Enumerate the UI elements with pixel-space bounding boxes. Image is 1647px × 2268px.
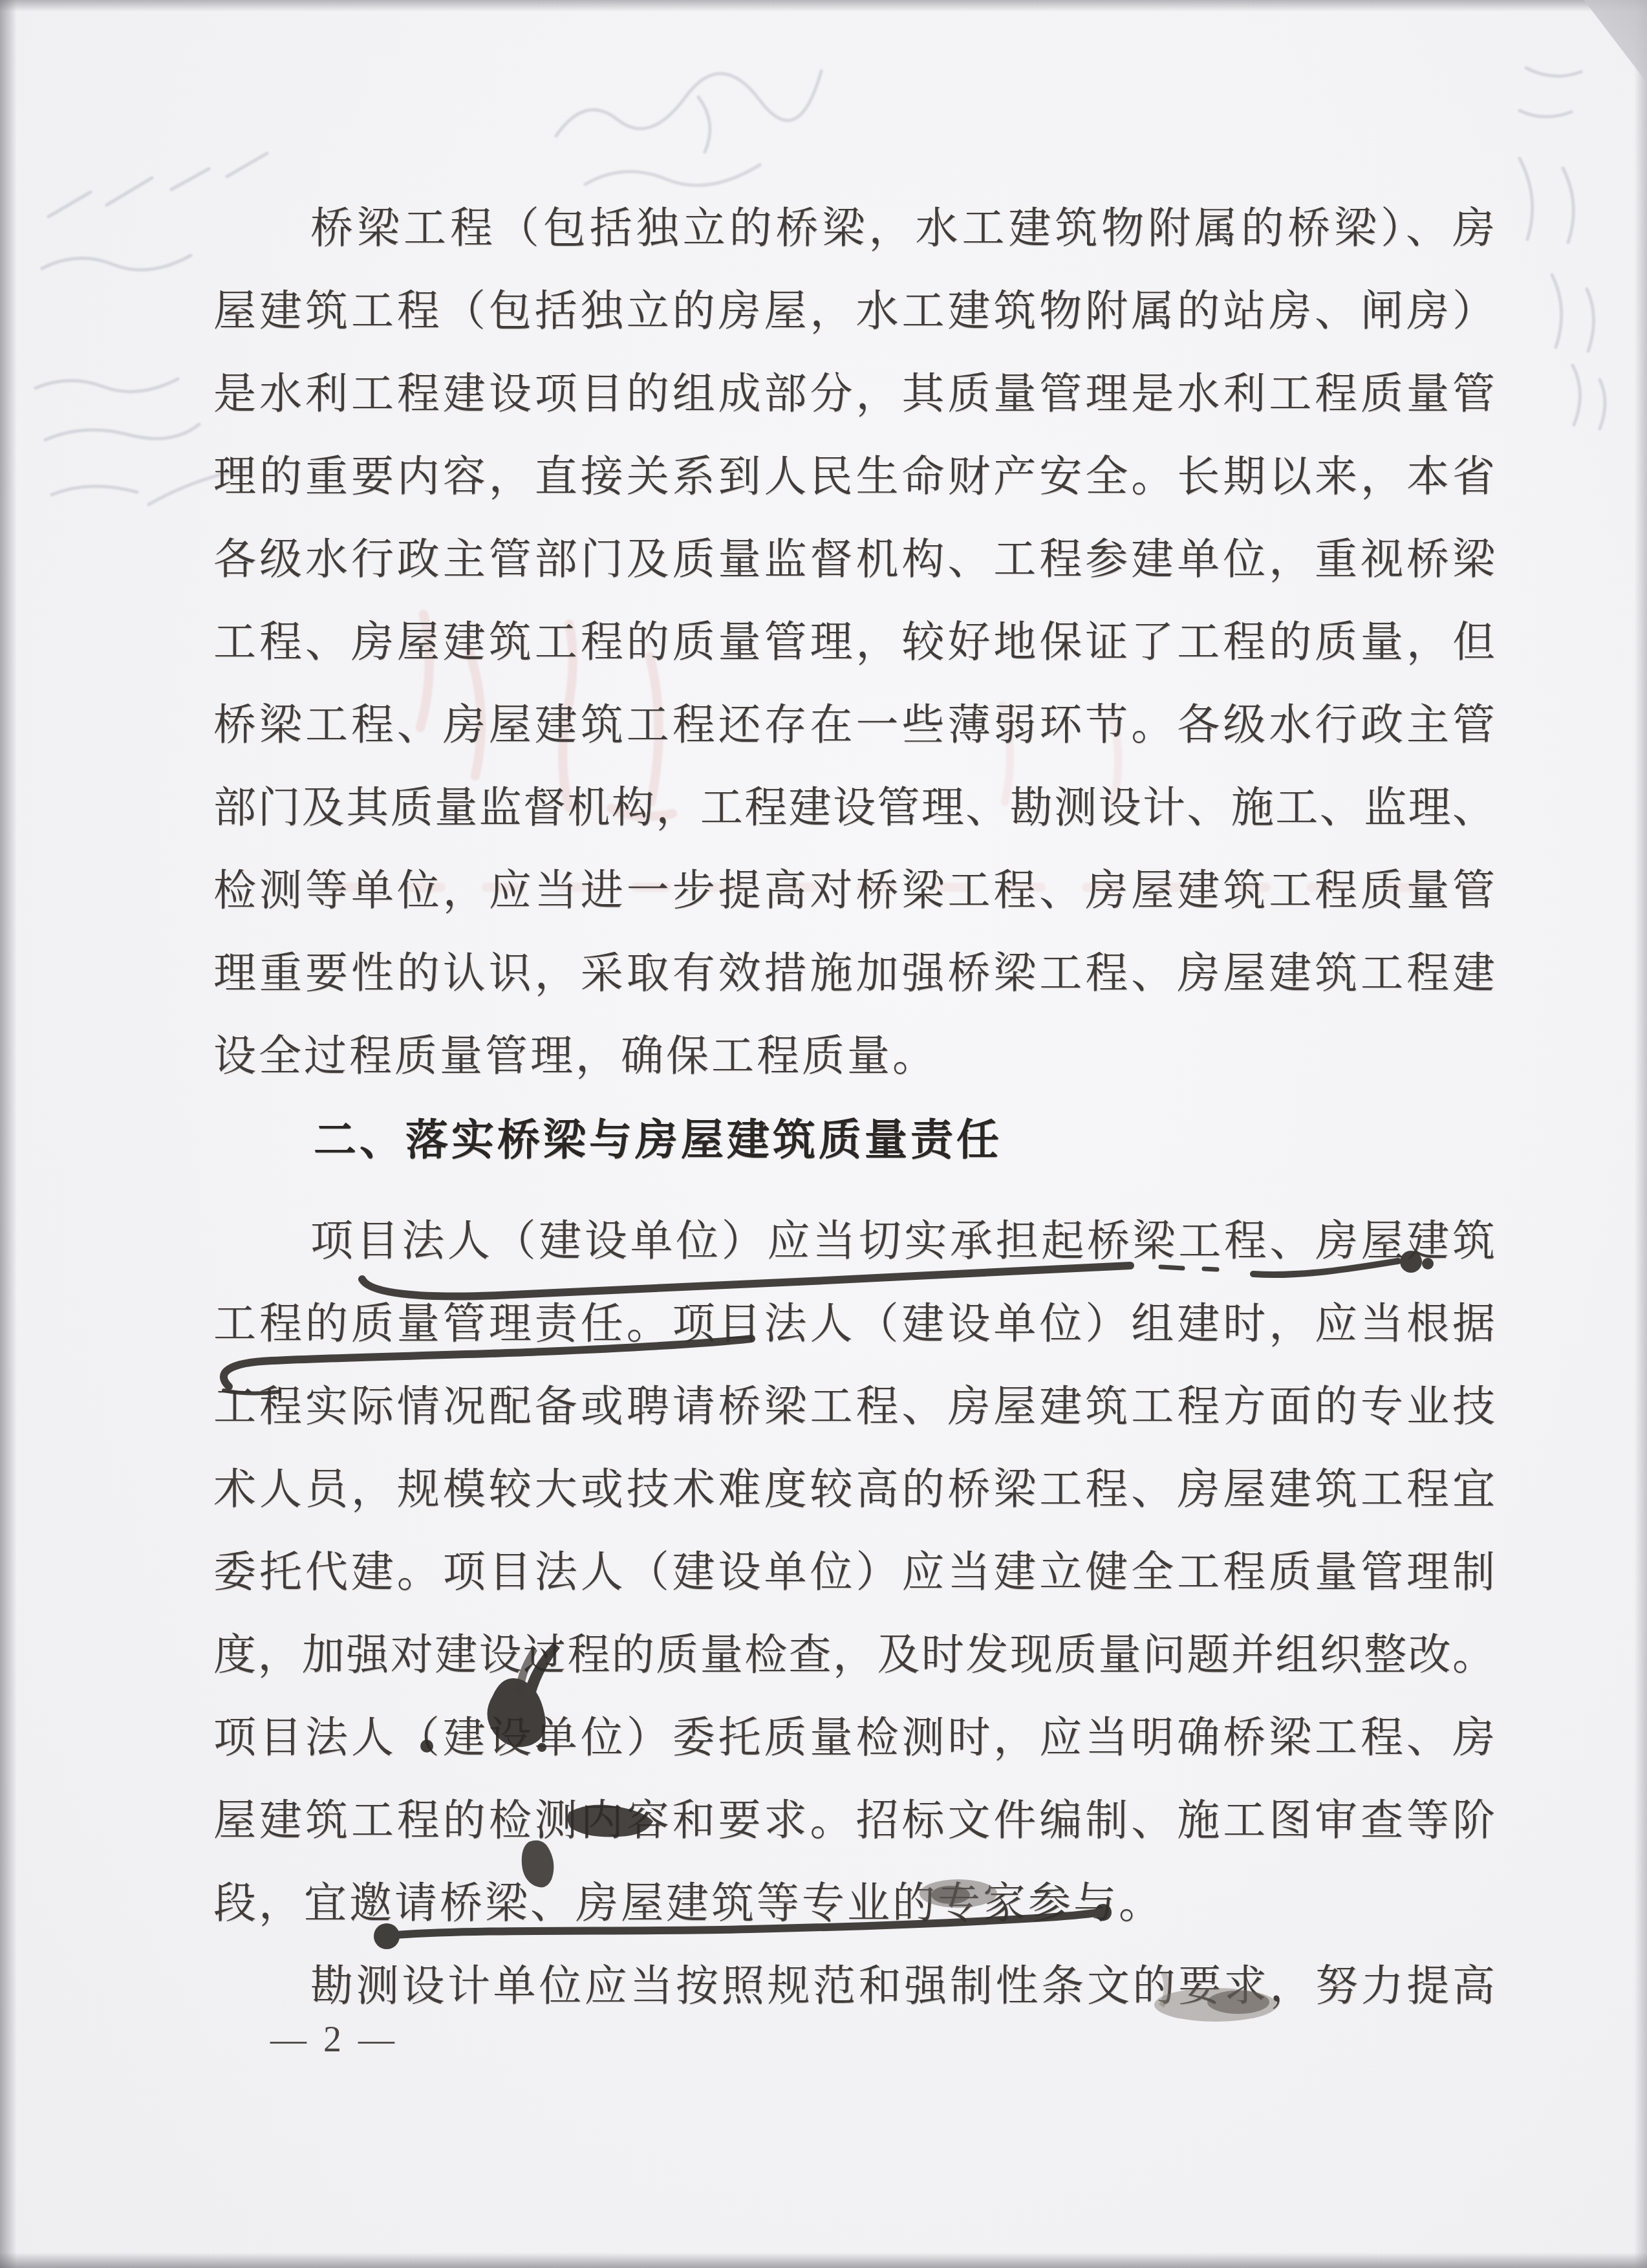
paragraph-1: 桥梁工程（包括独立的桥梁，水工建筑物附属的桥梁）、房屋建筑工程（包括独立的房屋，… bbox=[213, 188, 1495, 1098]
text-line: 检测等单位，应当进一步提高对桥梁工程、房屋建筑工程质量管 bbox=[213, 850, 1495, 933]
text-line: 委托代建。项目法人（建设单位）应当建立健全工程质量管理制 bbox=[213, 1531, 1495, 1614]
page-corner-fold bbox=[1562, 0, 1647, 83]
text-line: 段，宜邀请桥梁、房屋建筑等专业的专家参与。 bbox=[213, 1863, 1495, 1945]
scan-edge-right bbox=[1634, 0, 1647, 2268]
text-line: 设全过程质量管理，确保工程质量。 bbox=[213, 1015, 1495, 1098]
text-line: 屋建筑工程的检测内容和要求。招标文件编制、施工图审查等阶 bbox=[213, 1780, 1495, 1863]
text-line: 工程、房屋建筑工程的质量管理，较好地保证了工程的质量，但 bbox=[213, 601, 1495, 684]
text-line: 桥梁工程（包括独立的桥梁，水工建筑物附属的桥梁）、房 bbox=[213, 188, 1495, 270]
scan-edge-left bbox=[0, 0, 17, 2268]
text-line: 项目法人（建设单位）应当切实承担起桥梁工程、房屋建筑 bbox=[213, 1200, 1495, 1283]
text-line: 工程实际情况配备或聘请桥梁工程、房屋建筑工程方面的专业技 bbox=[213, 1366, 1495, 1449]
text-line: 各级水行政主管部门及质量监督机构、工程参建单位，重视桥梁 bbox=[213, 519, 1495, 601]
text-line: 工程的质量管理责任。项目法人（建设单位）组建时，应当根据 bbox=[213, 1283, 1495, 1366]
section-heading: 二、落实桥梁与房屋建筑质量责任 bbox=[213, 1098, 1495, 1181]
paragraph-2: 项目法人（建设单位）应当切实承担起桥梁工程、房屋建筑工程的质量管理责任。项目法人… bbox=[213, 1200, 1495, 1945]
text-line: 部门及其质量监督机构，工程建设管理、勘测设计、施工、监理、 bbox=[213, 767, 1495, 850]
scan-edge-bottom bbox=[0, 2252, 1647, 2268]
text-line: 桥梁工程、房屋建筑工程还存在一些薄弱环节。各级水行政主管 bbox=[213, 684, 1495, 767]
document-body: 桥梁工程（包括独立的桥梁，水工建筑物附属的桥梁）、房屋建筑工程（包括独立的房屋，… bbox=[213, 188, 1495, 2028]
text-line: 项目法人（建设单位）委托质量检测时，应当明确桥梁工程、房 bbox=[213, 1697, 1495, 1780]
scanned-document-page: 桥梁工程（包括独立的桥梁，水工建筑物附属的桥梁）、房屋建筑工程（包括独立的房屋，… bbox=[0, 0, 1647, 2268]
text-line: 理重要性的认识，采取有效措施加强桥梁工程、房屋建筑工程建 bbox=[213, 933, 1495, 1015]
paragraph-3: 勘测设计单位应当按照规范和强制性条文的要求，努力提高 bbox=[213, 1945, 1495, 2028]
text-line: 理的重要内容，直接关系到人民生命财产安全。长期以来，本省 bbox=[213, 436, 1495, 519]
text-line: 术人员，规模较大或技术难度较高的桥梁工程、房屋建筑工程宜 bbox=[213, 1449, 1495, 1531]
text-line: 勘测设计单位应当按照规范和强制性条文的要求，努力提高 bbox=[213, 1945, 1495, 2028]
text-line: 是水利工程建设项目的组成部分，其质量管理是水利工程质量管 bbox=[213, 353, 1495, 436]
page-number: — 2 — bbox=[270, 2019, 398, 2060]
text-line: 屋建筑工程（包括独立的房屋，水工建筑物附属的站房、闸房） bbox=[213, 270, 1495, 353]
scan-edge-top bbox=[0, 0, 1647, 12]
text-line: 度，加强对建设过程的质量检查，及时发现质量问题并组织整改。 bbox=[213, 1614, 1495, 1697]
